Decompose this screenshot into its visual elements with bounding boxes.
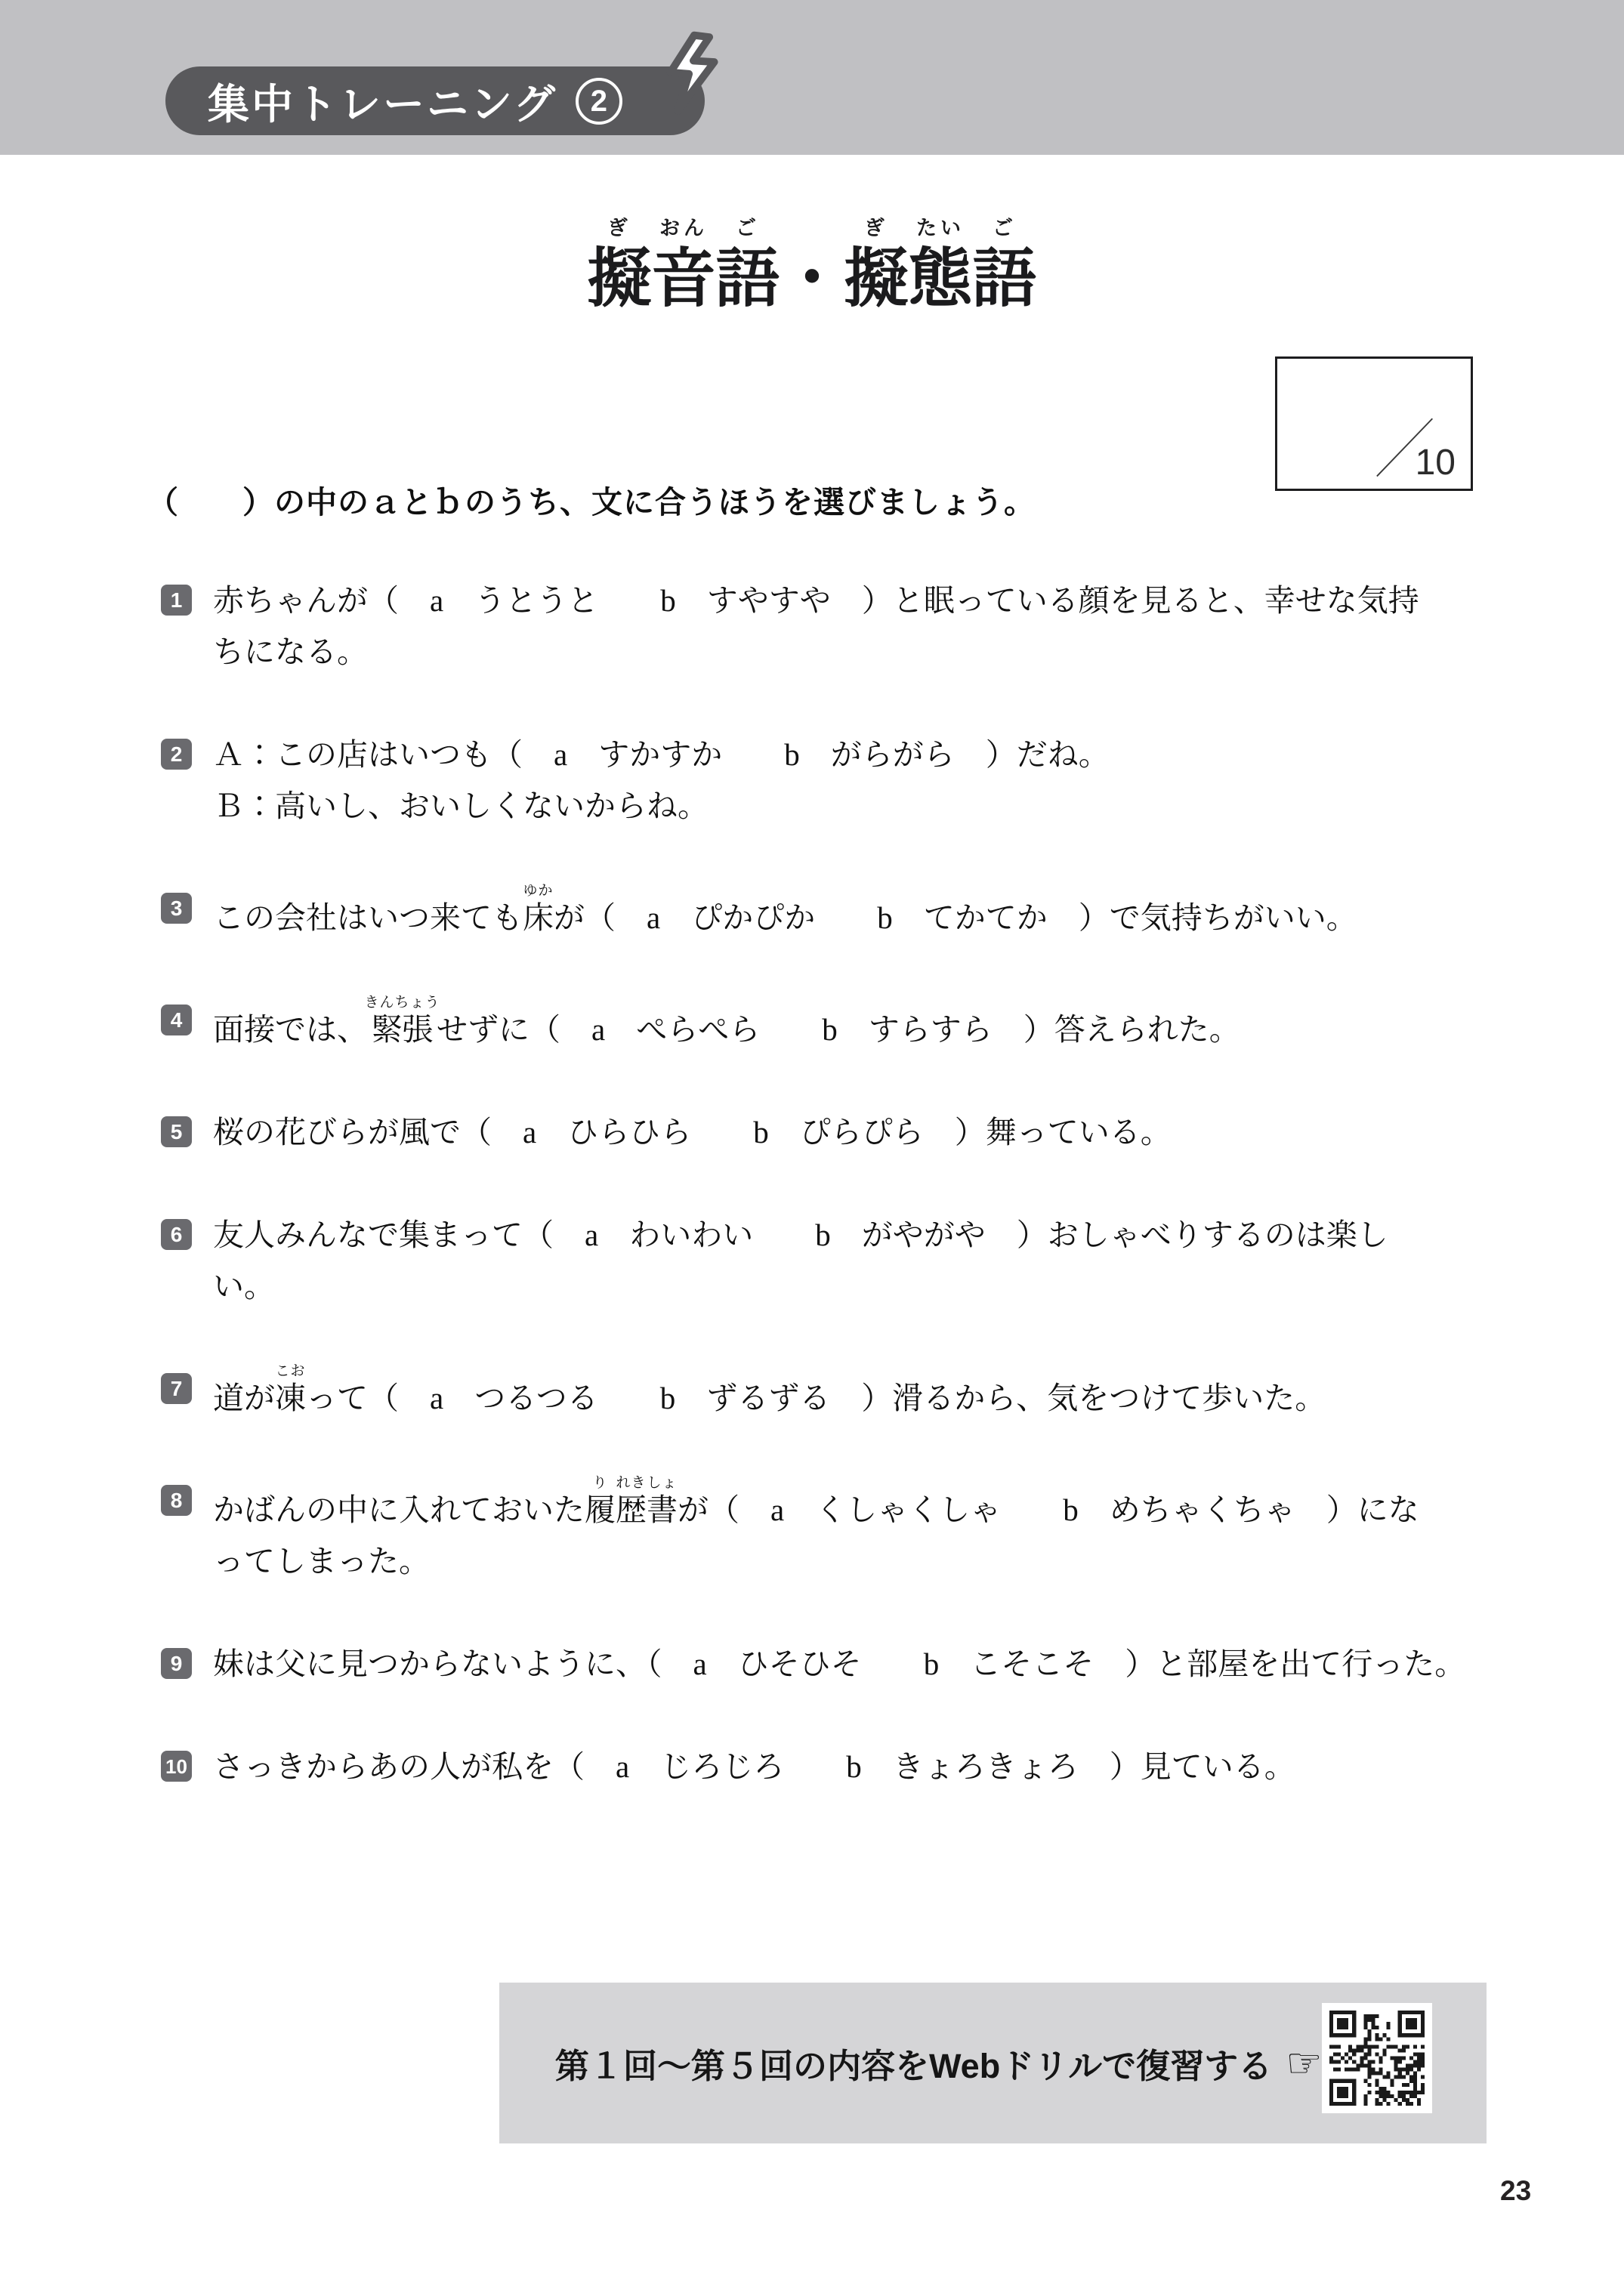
question-row: 10さっきからあの人が私を（ a じろじろ b きょろきょろ ）見ている。 bbox=[161, 1741, 1543, 1792]
footer-bar: 第１回～第５回の内容をWebドリルで復習する ☞ bbox=[499, 1983, 1487, 2143]
lesson-number: 2 bbox=[591, 86, 607, 116]
question-line: ってしまった。 bbox=[213, 1535, 1419, 1587]
question-line: Ａ：この店はいつも（ a すかすか b がらがら ）だね。 bbox=[213, 729, 1110, 780]
question-row: 8かばんの中に入れておいた履り歴れき書しょが（ a くしゃくしゃ b めちゃくち… bbox=[161, 1475, 1543, 1587]
question-text: 道が凍こおって（ a つるつる b ずるずる ）滑るから、気をつけて歩いた。 bbox=[213, 1363, 1326, 1424]
question-text: Ａ：この店はいつも（ a すかすか b がらがら ）だね。Ｂ：高いし、おいしくな… bbox=[213, 729, 1110, 832]
score-box: 10 bbox=[1275, 356, 1473, 491]
question-line: かばんの中に入れておいた履り歴れき書しょが（ a くしゃくしゃ b めちゃくちゃ… bbox=[213, 1475, 1419, 1535]
page-title: 擬ぎ音おん語ご・擬ぎ態たい語ご bbox=[0, 217, 1624, 311]
question-text: 妹は父に見つからないように、（ a ひそひそ b こそこそ ）と部屋を出て行った… bbox=[213, 1638, 1465, 1690]
question-text: さっきからあの人が私を（ a じろじろ b きょろきょろ ）見ている。 bbox=[213, 1741, 1295, 1792]
page-number: 23 bbox=[1500, 2177, 1531, 2205]
question-text: 面接では、緊張きんちょうせずに（ a ぺらぺら b すらすら ）答えられた。 bbox=[213, 995, 1240, 1055]
question-number-badge: 1 bbox=[161, 585, 192, 616]
question-number-badge: 8 bbox=[161, 1485, 192, 1516]
question-number-badge: 6 bbox=[161, 1219, 192, 1250]
question-line: 赤ちゃんが（ a うとうと b すやすや ）と眠っている顔を見ると、幸せな気持 bbox=[213, 575, 1419, 626]
question-line: 友人みんなで集まって（ a わいわい b がやがや ）おしゃべりするのは楽し bbox=[213, 1209, 1388, 1261]
question-line: Ｂ：高いし、おいしくないからね。 bbox=[213, 780, 1110, 832]
worksheet-page: 集中トレーニング 2 擬ぎ音おん語ご・擬ぎ態たい語ご 10 （ ）の中のａとｂの… bbox=[0, 0, 1624, 2293]
instruction-text: （ ）の中のａとｂのうち、文に合うほうを選びましょう。 bbox=[147, 477, 1036, 522]
question-text: 赤ちゃんが（ a うとうと b すやすや ）と眠っている顔を見ると、幸せな気持ち… bbox=[213, 575, 1419, 677]
question-row: 1赤ちゃんが（ a うとうと b すやすや ）と眠っている顔を見ると、幸せな気持… bbox=[161, 575, 1543, 677]
question-number-badge: 3 bbox=[161, 893, 192, 924]
qr-code-pattern bbox=[1329, 2011, 1425, 2106]
question-number-badge: 7 bbox=[161, 1373, 192, 1404]
page-title-text: 擬ぎ音おん語ご・擬ぎ態たい語ご bbox=[587, 243, 1036, 315]
question-number-badge: 4 bbox=[161, 1005, 192, 1035]
question-line: 道が凍こおって（ a つるつる b ずるずる ）滑るから、気をつけて歩いた。 bbox=[213, 1363, 1326, 1424]
question-text: 桜の花びらが風で（ a ひらひら b ぴらぴら ）舞っている。 bbox=[213, 1106, 1172, 1158]
question-line: ちになる。 bbox=[213, 626, 1419, 677]
qr-code bbox=[1322, 2003, 1432, 2113]
lightning-bolt-icon bbox=[659, 29, 724, 116]
question-line: い。 bbox=[213, 1261, 1388, 1312]
score-denominator: 10 bbox=[1416, 445, 1456, 481]
question-row: 4面接では、緊張きんちょうせずに（ a ぺらぺら b すらすら ）答えられた。 bbox=[161, 995, 1543, 1055]
question-row: 9妹は父に見つからないように、（ a ひそひそ b こそこそ ）と部屋を出て行っ… bbox=[161, 1638, 1543, 1690]
question-number-badge: 9 bbox=[161, 1648, 192, 1679]
lesson-badge: 集中トレーニング 2 bbox=[165, 66, 705, 135]
question-line: 桜の花びらが風で（ a ひらひら b ぴらぴら ）舞っている。 bbox=[213, 1106, 1172, 1158]
question-row: 2Ａ：この店はいつも（ a すかすか b がらがら ）だね。Ｂ：高いし、おいしく… bbox=[161, 729, 1543, 832]
question-number-badge: 2 bbox=[161, 739, 192, 770]
question-row: 3この会社はいつ来ても床ゆかが（ a ぴかぴか b てかてか ）で気持ちがいい。 bbox=[161, 883, 1543, 943]
pointing-hand-icon: ☞ bbox=[1286, 2043, 1322, 2084]
header-band: 集中トレーニング 2 bbox=[0, 0, 1624, 155]
footer-text: 第１回～第５回の内容をWebドリルで復習する bbox=[555, 2038, 1272, 2088]
question-list: 1赤ちゃんが（ a うとうと b すやすや ）と眠っている顔を見ると、幸せな気持… bbox=[161, 575, 1543, 1844]
question-number-badge: 5 bbox=[161, 1116, 192, 1147]
question-line: 妹は父に見つからないように、（ a ひそひそ b こそこそ ）と部屋を出て行った… bbox=[213, 1638, 1465, 1690]
question-line: この会社はいつ来ても床ゆかが（ a ぴかぴか b てかてか ）で気持ちがいい。 bbox=[213, 883, 1357, 943]
question-text: かばんの中に入れておいた履り歴れき書しょが（ a くしゃくしゃ b めちゃくちゃ… bbox=[213, 1475, 1419, 1587]
question-line: さっきからあの人が私を（ a じろじろ b きょろきょろ ）見ている。 bbox=[213, 1741, 1295, 1792]
question-line: 面接では、緊張きんちょうせずに（ a ぺらぺら b すらすら ）答えられた。 bbox=[213, 995, 1240, 1055]
lesson-number-circle: 2 bbox=[576, 78, 622, 125]
question-number-badge: 10 bbox=[161, 1751, 192, 1782]
lesson-badge-label: 集中トレーニング bbox=[208, 71, 557, 131]
question-row: 7道が凍こおって（ a つるつる b ずるずる ）滑るから、気をつけて歩いた。 bbox=[161, 1363, 1543, 1424]
question-row: 6友人みんなで集まって（ a わいわい b がやがや ）おしゃべりするのは楽しい… bbox=[161, 1209, 1543, 1312]
question-text: 友人みんなで集まって（ a わいわい b がやがや ）おしゃべりするのは楽しい。 bbox=[213, 1209, 1388, 1312]
question-text: この会社はいつ来ても床ゆかが（ a ぴかぴか b てかてか ）で気持ちがいい。 bbox=[213, 883, 1357, 943]
question-row: 5桜の花びらが風で（ a ひらひら b ぴらぴら ）舞っている。 bbox=[161, 1106, 1543, 1158]
